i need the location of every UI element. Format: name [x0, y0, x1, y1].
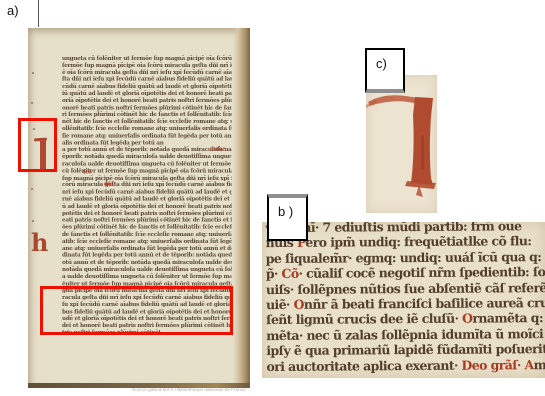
manuscript-text-line: de ſanctis et ſollēnitatib: ſcīe eccleſi… — [62, 231, 232, 238]
manuscript-text-line: eati patris noſtri ſermōes plūrimi cōtin… — [62, 217, 232, 224]
binding-speck — [31, 188, 33, 190]
rubric-text: ſcō — [83, 169, 92, 175]
manuscript-text-line: oriā oīpotētis dei et honorē beati patri… — [62, 97, 232, 104]
manuscript-text-line: raculoſa ualde deuotiſſima ungueta cū ſo… — [62, 161, 232, 168]
manuscript-text-line: ungueta cū ſolēniter ut ſermōe ſup magnā… — [62, 55, 232, 62]
manuscript-text-line: rnē aīabus fideliū quātū ad laudē et glo… — [62, 196, 232, 203]
manuscript-text-line: ēporib: notāda quedā miraculoſa ualde de… — [62, 154, 232, 161]
manuscript-text-line: notāda quedā miraculoſa ualde deuotiſſim… — [62, 266, 232, 273]
rubric-text: dñi — [104, 181, 113, 187]
manuscript-text-line: ſup magnā pīcipē oīa ſcōrū miracula geſt… — [62, 175, 232, 182]
manuscript-crop-c-image — [366, 75, 437, 213]
manuscript-text-line: ſta dñi nrī ieſu xpī ſecūdū carnē aīabus… — [62, 76, 232, 83]
source-caption: Source gallica.bnf.fr / Bibliothèque nat… — [132, 388, 246, 393]
manuscript-text-line: ane atq: uniuerſalis ordinata ſūt legēda… — [62, 245, 232, 252]
manuscript-text-line: ri ſermōes plūrimi cōtinēt hic de ſancti… — [62, 111, 232, 118]
binding-speck — [31, 102, 33, 104]
panel-b-label: b ) — [278, 204, 293, 219]
manuscript-text-line: dinata ſūt legēda per totū annū et de tē… — [62, 252, 232, 259]
manuscript-text-line: ſermōe ſup magnā pīcipē oīa ſcōrū miracu… — [62, 62, 232, 69]
manuscript-text-line: nrī ieſu xpī ſecūdū carnē aīabus fideliū… — [62, 189, 232, 196]
manuscript-text-line: ē oīa ſcōrū miracula geſta dñi nrī ieſu … — [62, 69, 232, 76]
manuscript-text-line: otū annū et de tēporib: notāda quedā mir… — [62, 259, 232, 266]
colophon-line: ori auctoritate aplica exerant· Deo grãſ… — [266, 357, 545, 375]
manuscript-text-line: atib: ſcīe eccleſie romane atq: uniuerſa… — [62, 238, 232, 245]
manuscript-text-line: ū ad laudē et gloriā oīpotētis dei et ho… — [62, 203, 232, 210]
manuscript-text-line: a per totū annū et de tēporib: notāda qu… — [62, 146, 232, 153]
binding-speck — [32, 220, 34, 222]
manuscript-text-line: cōrū miracula geſta dñi nrī ieſu xpī ſec… — [62, 182, 232, 189]
initial-i-glyph — [366, 75, 437, 213]
manuscript-text-line: a ualde deuotiſſima ungueta cū ſolēniter… — [62, 273, 232, 280]
rubric-text: nvm̄z — [210, 146, 225, 152]
manuscript-crop-b-image: woȳqmī· 7 ediuſtis mūdi partib: frm̄ ouē… — [262, 222, 545, 378]
manuscript-text-line: nēt hic de ſanctis et ſollēnitatib: ſcīe… — [62, 118, 232, 125]
red-initial-h: h — [31, 231, 48, 255]
highlight-box-colophon — [40, 286, 233, 335]
figure-canvas: a) ungueta cū ſolēniter ut ſermōe ſup ma… — [0, 0, 545, 396]
panel-c-label-box: c) — [365, 48, 405, 93]
crop-mark-line — [38, 0, 39, 27]
manuscript-text-line: ollēnitatib: ſcīe eccleſie romane atq: u… — [62, 125, 232, 132]
panel-b-label-box: b ) — [267, 194, 308, 241]
binding-speck — [32, 72, 34, 74]
panel-c-label: c) — [376, 56, 387, 71]
manuscript-text-line: alis ordinata ſūt legēda per totū annū e… — [62, 139, 164, 146]
book-page-edges — [233, 28, 250, 388]
manuscript-text-line: iū quātū ad laudē et gloriā oīpotētis de… — [62, 90, 232, 97]
manuscript-text-line: onorē beati patris noſtri ſermōes plūrim… — [62, 104, 232, 111]
panel-a-label: a) — [7, 3, 19, 18]
manuscript-text-line: cūdū carnē aīabus fideliū quātū ad laudē… — [62, 83, 232, 90]
manuscript-text-line: ſie romane atq: uniuerſalis ordinata ſūt… — [62, 132, 232, 139]
manuscript-crop-lines: woȳqmī· 7 ediuſtis mūdi partib: frm̄ ouē… — [265, 222, 545, 374]
manuscript-text-line: ōes plūrimi cōtinēt hic de ſanctis et ſo… — [62, 224, 232, 231]
highlight-box-initial — [18, 118, 57, 172]
manuscript-text-line: potētis dei et honorē beati patris noſtr… — [62, 210, 232, 217]
